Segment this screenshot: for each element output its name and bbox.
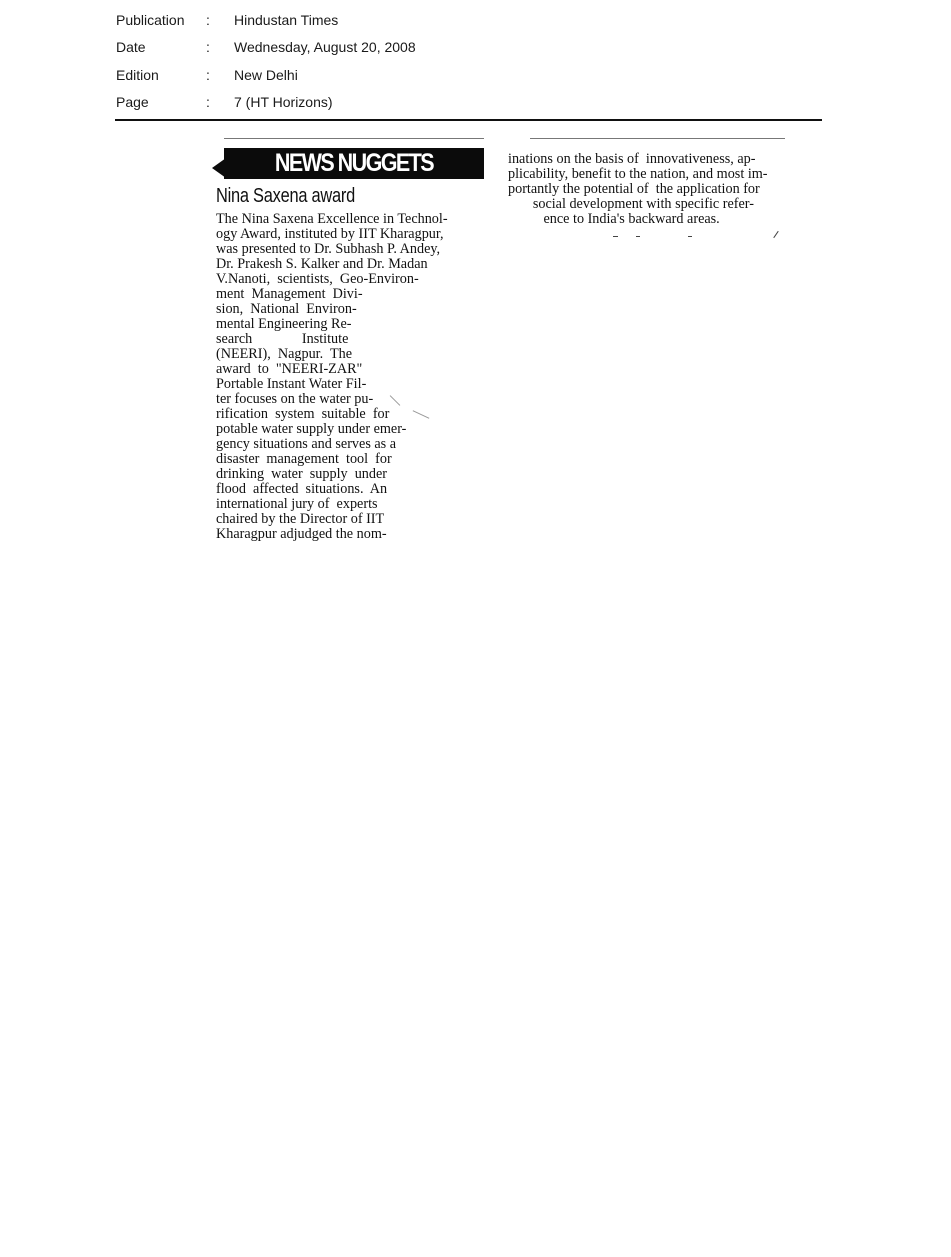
article-line: ogy Award, instituted by IIT Kharagpur, <box>216 227 448 242</box>
article-line: (NEERI), Nagpur. The <box>216 347 448 362</box>
section-banner-text: NEWS NUGGETS <box>242 148 466 179</box>
clipping-top-edge-right <box>530 138 785 139</box>
article-line: sion, National Environ- <box>216 302 448 317</box>
metadata-label: Publication <box>116 10 185 30</box>
article-line: potable water supply under emer- <box>216 422 448 437</box>
article-line: international jury of experts <box>216 497 448 512</box>
article-line: plicability, benefit to the nation, and … <box>508 167 768 182</box>
article-line: V.Nanoti, scientists, Geo-Environ- <box>216 272 448 287</box>
article-line: The Nina Saxena Excellence in Technol- <box>216 212 448 227</box>
metadata-value-page: 7 (HT Horizons) <box>234 92 333 112</box>
scan-artifact <box>773 231 778 238</box>
scan-artifact <box>636 236 640 237</box>
article-line: drinking water supply under <box>216 467 448 482</box>
article-line: portantly the potential of the applicati… <box>508 182 768 197</box>
scan-artifact <box>613 236 618 237</box>
metadata-label: Page <box>116 92 149 112</box>
article-line: gency situations and serves as a <box>216 437 448 452</box>
metadata-colon: : <box>206 37 210 57</box>
scan-artifact <box>688 236 692 237</box>
article-line: was presented to Dr. Subhash P. Andey, <box>216 242 448 257</box>
metadata-colon: : <box>206 92 210 112</box>
article-line: ence to India's backward areas. <box>508 212 768 227</box>
article-line: mental Engineering Re- <box>216 317 448 332</box>
article-column-1: The Nina Saxena Excellence in Technol- o… <box>216 212 448 542</box>
article-line: ment Management Divi- <box>216 287 448 302</box>
metadata-colon: : <box>206 10 210 30</box>
metadata-colon: : <box>206 65 210 85</box>
article-line: inations on the basis of innovativeness,… <box>508 152 768 167</box>
article-line: Kharagpur adjudged the nom- <box>216 527 448 542</box>
article-line: award to "NEERI-ZAR" <box>216 362 448 377</box>
header-divider <box>115 119 822 121</box>
article-headline: Nina Saxena award <box>216 185 355 208</box>
article-line: Dr. Prakesh S. Kalker and Dr. Madan <box>216 257 448 272</box>
article-line: chaired by the Director of IIT <box>216 512 448 527</box>
article-line: ter focuses on the water pu- <box>216 392 448 407</box>
metadata-label: Edition <box>116 65 159 85</box>
metadata-value-publication: Hindustan Times <box>234 10 338 30</box>
article-line: Portable Instant Water Fil- <box>216 377 448 392</box>
section-banner: NEWS NUGGETS <box>224 148 484 179</box>
article-line: flood affected situations. An <box>216 482 448 497</box>
article-line: search Institute <box>216 332 448 347</box>
article-line: social development with specific refer- <box>508 197 768 212</box>
article-line: disaster management tool for <box>216 452 448 467</box>
metadata-value-edition: New Delhi <box>234 65 298 85</box>
metadata-label: Date <box>116 37 146 57</box>
metadata-value-date: Wednesday, August 20, 2008 <box>234 37 416 57</box>
clipping-top-edge-left <box>224 138 484 139</box>
article-column-2: inations on the basis of innovativeness,… <box>508 152 768 227</box>
